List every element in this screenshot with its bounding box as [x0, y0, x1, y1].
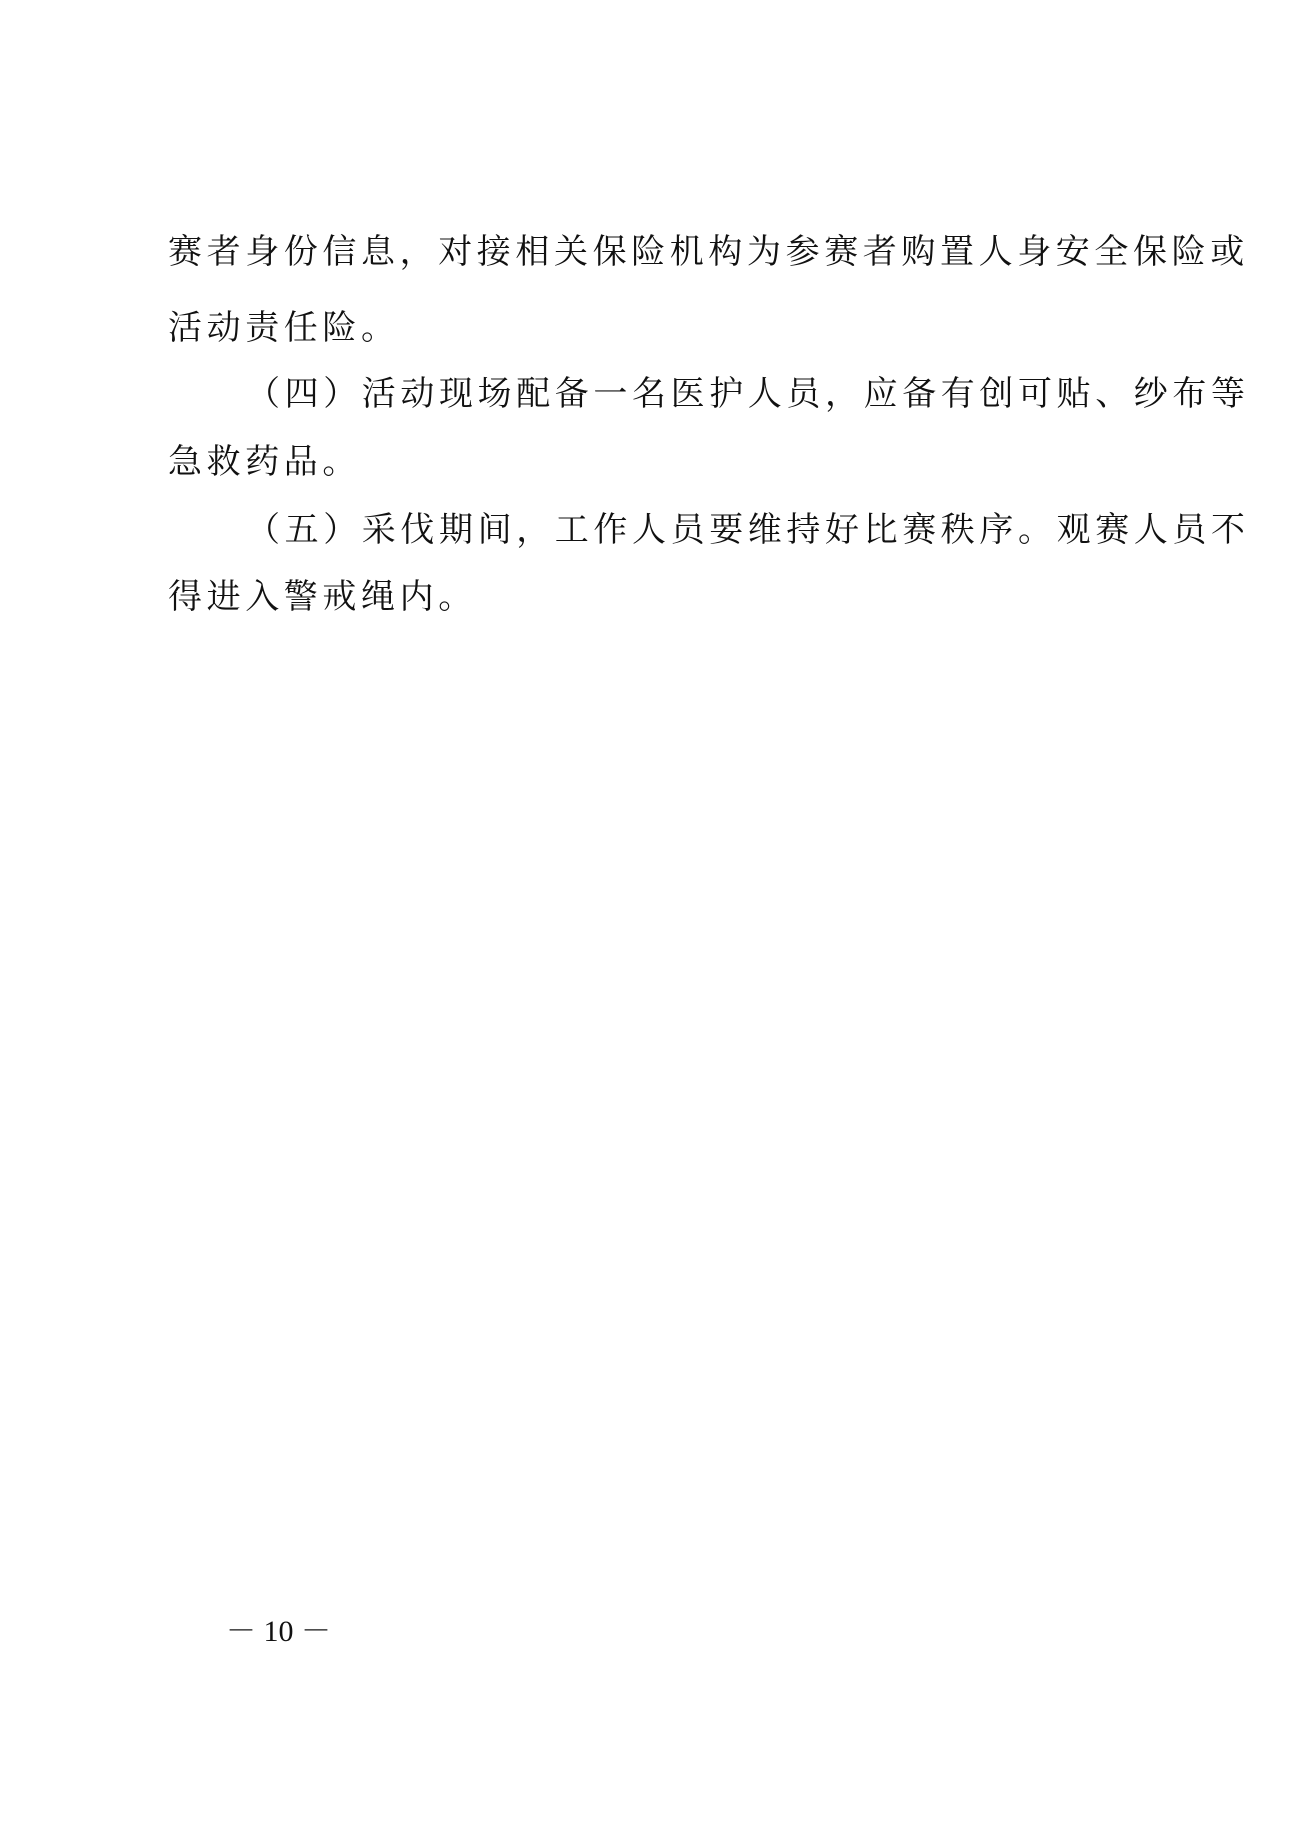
- paragraph-continuation-line-2: 活动责任险。: [168, 308, 400, 348]
- document-page: 赛者身份信息，对接相关保险机构为参赛者购置人身安全保险或 活动责任险。 （四）活…: [0, 0, 1303, 1844]
- page-number: － 10 －: [226, 1614, 331, 1650]
- paragraph-item-5-line-1: （五）采伐期间，工作人员要维持好比赛秩序。观赛人员不: [246, 510, 1250, 550]
- paragraph-continuation-line-1: 赛者身份信息，对接相关保险机构为参赛者购置人身安全保险或: [168, 232, 1249, 272]
- paragraph-item-4-line-1: （四）活动现场配备一名医护人员，应备有创可贴、纱布等: [246, 374, 1250, 414]
- paragraph-item-4-line-2: 急救药品。: [168, 442, 361, 482]
- paragraph-item-5-line-2: 得进入警戒绳内。: [168, 577, 477, 617]
